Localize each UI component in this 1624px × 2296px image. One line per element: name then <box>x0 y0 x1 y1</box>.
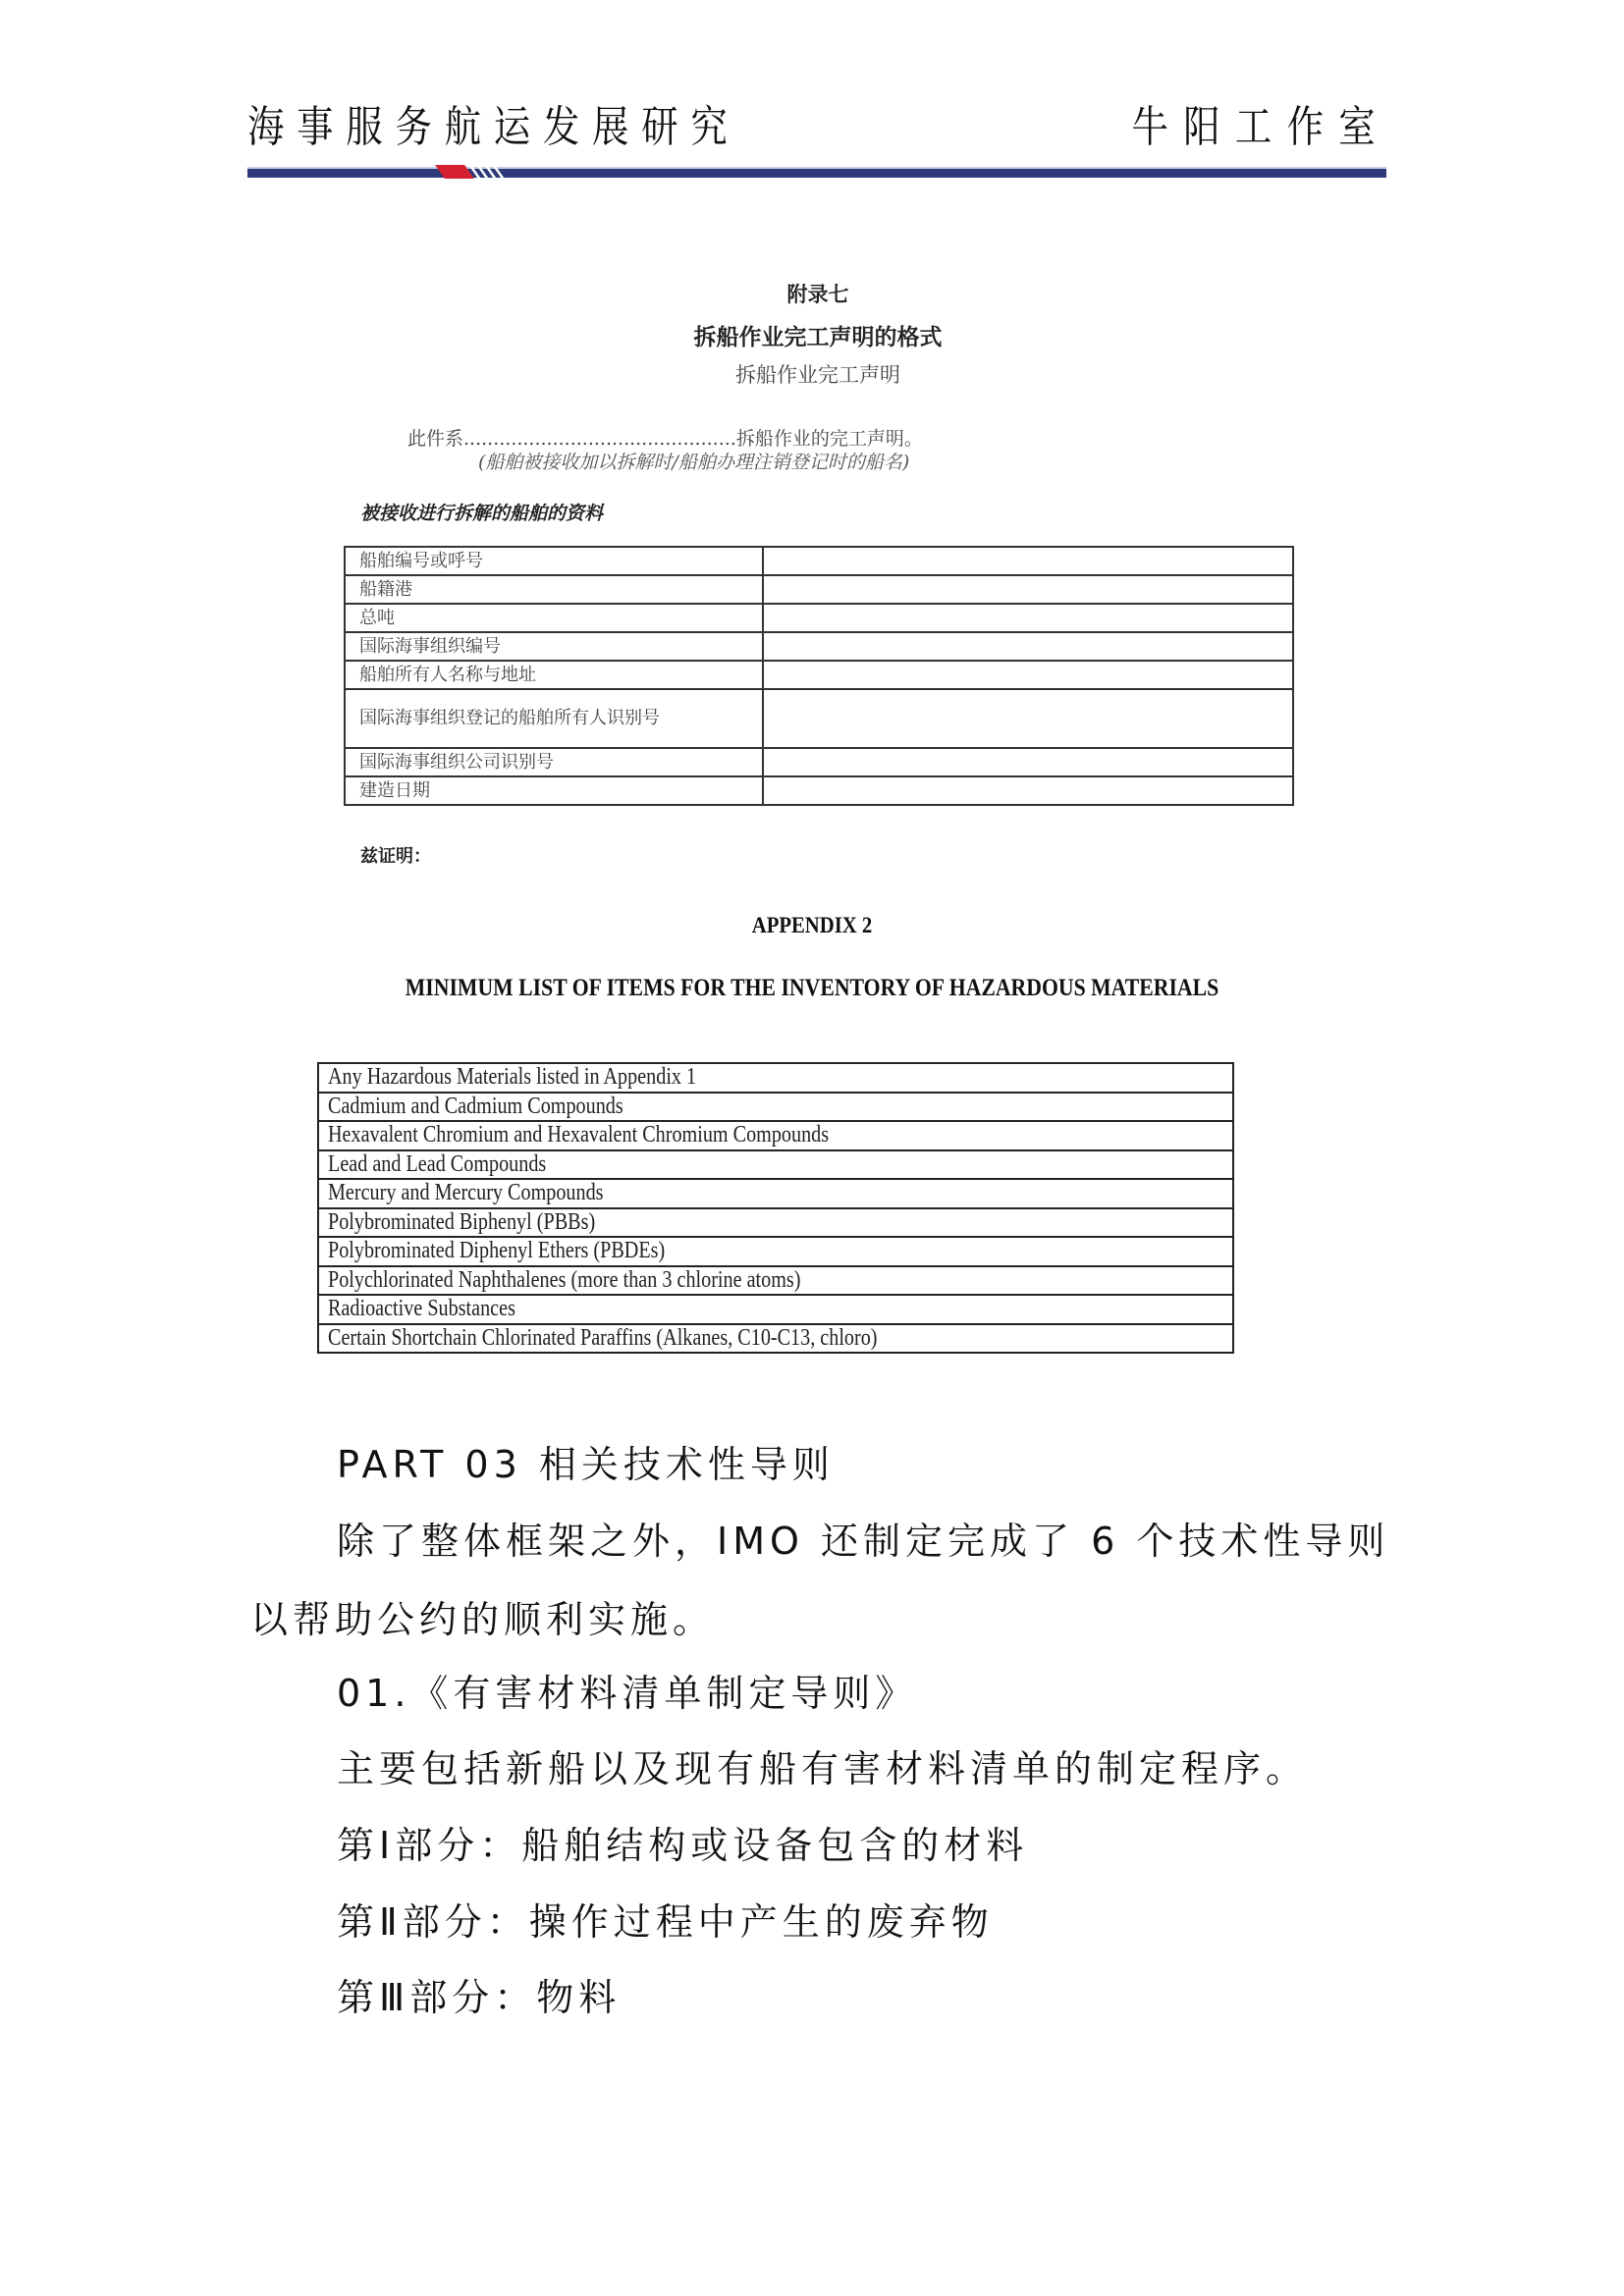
ship-field-label: 建造日期 <box>345 776 763 805</box>
table-row: 国际海事组织编号 <box>345 632 1293 661</box>
declaration-line: 此件系.....................................… <box>407 424 923 451</box>
hazard-item: Cadmium and Cadmium Compounds <box>328 1094 623 1120</box>
hazard-item: Certain Shortchain Chlorinated Paraffins… <box>328 1325 878 1352</box>
guideline-description: 主要包括新船以及现有船有害材料清单的制定程序。 <box>337 1744 1308 1793</box>
ship-field-label: 船舶所有人名称与地址 <box>345 661 763 689</box>
appendix7-title: 拆船作业完工声明的格式 <box>0 319 1624 351</box>
table-row: Radioactive Substances <box>318 1295 1233 1324</box>
table-row: Polybrominated Biphenyl (PBBs) <box>318 1208 1233 1238</box>
paragraph-line: 除了整体框架之外，IMO 还制定完成了 6 个技术性导则 <box>337 1517 1389 1566</box>
ship-field-value <box>763 689 1293 748</box>
appendix2-title: MINIMUM LIST OF ITEMS FOR THE INVENTORY … <box>106 975 1519 1002</box>
ship-field-label: 国际海事组织编号 <box>345 632 763 661</box>
table-row: 船舶所有人名称与地址 <box>345 661 1293 689</box>
ship-field-label: 船籍港 <box>345 575 763 604</box>
table-row: 船籍港 <box>345 575 1293 604</box>
hazard-item: Hexavalent Chromium and Hexavalent Chrom… <box>328 1122 829 1148</box>
ship-info-table: 船舶编号或呼号 船籍港 总吨 国际海事组织编号 船舶所有人名称与地址 国际海事组… <box>344 546 1294 806</box>
hazard-item: Any Hazardous Materials listed in Append… <box>328 1064 696 1091</box>
ship-field-value <box>763 604 1293 632</box>
hazardous-materials-table: Any Hazardous Materials listed in Append… <box>317 1062 1234 1354</box>
ship-field-label: 总吨 <box>345 604 763 632</box>
ship-info-heading: 被接收进行拆解的船舶的资料 <box>360 499 603 525</box>
ship-field-label: 船舶编号或呼号 <box>345 547 763 575</box>
ship-field-value <box>763 547 1293 575</box>
ship-field-value <box>763 661 1293 689</box>
table-row: 船舶编号或呼号 <box>345 547 1293 575</box>
appendix2-label: APPENDIX 2 <box>81 913 1543 938</box>
appendix7-subtitle: 拆船作业完工声明 <box>0 359 1624 389</box>
ship-field-value <box>763 632 1293 661</box>
ship-field-label: 国际海事组织登记的船舶所有人识别号 <box>345 689 763 748</box>
section-heading: PART 03 相关技术性导则 <box>337 1440 835 1489</box>
table-row: 建造日期 <box>345 776 1293 805</box>
part-2: 第Ⅱ部分：操作过程中产生的废弃物 <box>337 1897 994 1947</box>
paragraph-line: 以帮助公约的顺利实施。 <box>250 1595 715 1644</box>
part-1: 第Ⅰ部分：船舶结构或设备包含的材料 <box>337 1821 1028 1870</box>
table-row: 总吨 <box>345 604 1293 632</box>
table-row: Polybrominated Diphenyl Ethers (PBDEs) <box>318 1237 1233 1266</box>
ship-field-value <box>763 575 1293 604</box>
hazard-item: Radioactive Substances <box>328 1296 515 1322</box>
hazard-item: Polybrominated Diphenyl Ethers (PBDEs) <box>328 1238 665 1264</box>
appendix7-label: 附录七 <box>0 279 1624 308</box>
declaration-note: (船舶被接收加以拆解时/船舶办理注销登记时的船名) <box>478 448 909 474</box>
hazard-item: Polybrominated Biphenyl (PBBs) <box>328 1209 595 1236</box>
table-row: Any Hazardous Materials listed in Append… <box>318 1063 1233 1093</box>
table-row: 国际海事组织登记的船舶所有人识别号 <box>345 689 1293 748</box>
header-title-left: 海事服务航运发展研究 <box>247 98 740 157</box>
table-row: Mercury and Mercury Compounds <box>318 1179 1233 1208</box>
hazard-item: Mercury and Mercury Compounds <box>328 1180 604 1206</box>
table-row: Polychlorinated Naphthalenes (more than … <box>318 1266 1233 1296</box>
ship-field-label: 国际海事组织公司识别号 <box>345 748 763 776</box>
table-row: 国际海事组织公司识别号 <box>345 748 1293 776</box>
part-3: 第Ⅲ部分：物料 <box>337 1973 621 2022</box>
header-title-right: 牛阳工作室 <box>1132 98 1391 157</box>
table-row: Hexavalent Chromium and Hexavalent Chrom… <box>318 1121 1233 1150</box>
ship-field-value <box>763 748 1293 776</box>
hazard-item: Polychlorinated Naphthalenes (more than … <box>328 1267 800 1294</box>
ship-field-value <box>763 776 1293 805</box>
table-row: Cadmium and Cadmium Compounds <box>318 1093 1233 1122</box>
hazard-item: Lead and Lead Compounds <box>328 1151 546 1178</box>
table-row: Lead and Lead Compounds <box>318 1150 1233 1180</box>
header-rule <box>247 169 1386 178</box>
table-row: Certain Shortchain Chlorinated Paraffins… <box>318 1324 1233 1354</box>
certify-label: 兹证明： <box>360 842 431 868</box>
guideline-title: 01.《有害材料清单制定导则》 <box>337 1669 917 1718</box>
